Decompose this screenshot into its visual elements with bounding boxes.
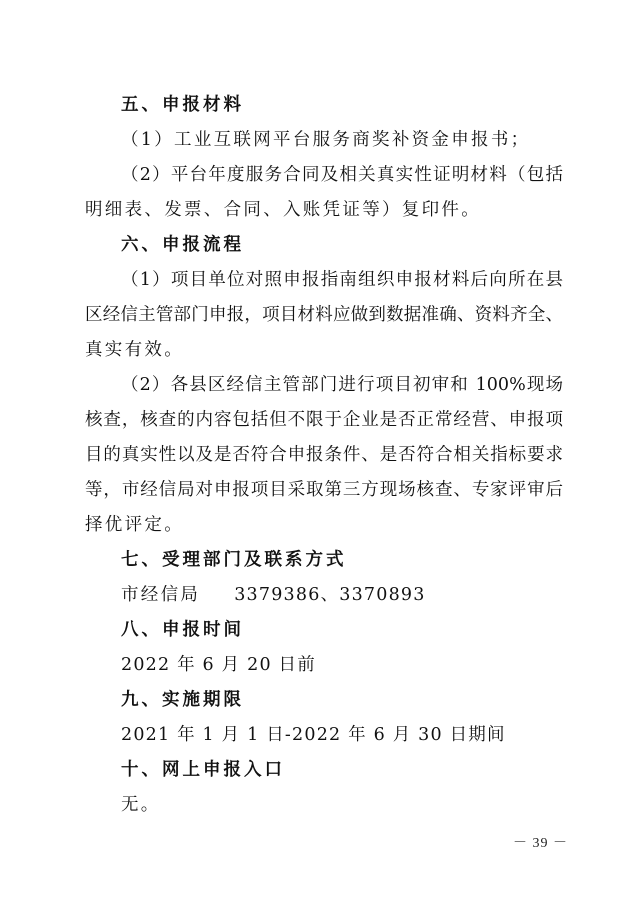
- application-deadline: 2022 年 6 月 20 日前: [85, 648, 563, 683]
- section-heading-implementation-period: 九、实施期限: [85, 683, 563, 718]
- section-heading-materials: 五、申报材料: [85, 88, 563, 123]
- section-heading-online-portal: 十、网上申报入口: [85, 753, 563, 788]
- process-item-1-line-3: 真实有效。: [85, 333, 563, 368]
- page-number: － 39 －: [513, 832, 568, 852]
- process-item-1-line-1: （1）项目单位对照申报指南组织申报材料后向所在县: [85, 263, 563, 298]
- materials-item-1: （1）工业互联网平台服务商奖补资金申报书；: [85, 123, 563, 158]
- contact-department: 市经信局: [121, 585, 200, 605]
- contact-line: 市经信局3379386、3370893: [85, 578, 563, 613]
- process-item-2-line-2: 核查，核查的内容包括但不限于企业是否正常经营、申报项: [85, 403, 563, 438]
- section-heading-application-time: 八、申报时间: [85, 613, 563, 648]
- section-heading-contact: 七、受理部门及联系方式: [85, 543, 563, 578]
- process-item-2-line-3: 目的真实性以及是否符合申报条件、是否符合相关指标要求: [85, 438, 563, 473]
- document-body: 五、申报材料 （1）工业互联网平台服务商奖补资金申报书； （2）平台年度服务合同…: [85, 88, 563, 823]
- process-item-2-line-1: （2）各县区经信主管部门进行项目初审和 100%现场: [85, 368, 563, 403]
- process-item-2-line-5: 择优评定。: [85, 508, 563, 543]
- process-item-1-line-2: 区经信主管部门申报，项目材料应做到数据准确、资料齐全、: [85, 298, 563, 333]
- online-portal-value: 无。: [85, 788, 563, 823]
- section-heading-process: 六、申报流程: [85, 228, 563, 263]
- contact-phones: 3379386、3370893: [234, 585, 425, 605]
- materials-item-2-line-1: （2）平台年度服务合同及相关真实性证明材料（包括: [85, 158, 563, 193]
- document-page: 五、申报材料 （1）工业互联网平台服务商奖补资金申报书； （2）平台年度服务合同…: [0, 0, 642, 907]
- implementation-period: 2021 年 1 月 1 日-2022 年 6 月 30 日期间: [85, 718, 563, 753]
- materials-item-2-line-2: 明细表、发票、合同、入账凭证等）复印件。: [85, 193, 563, 228]
- process-item-2-line-4: 等，市经信局对申报项目采取第三方现场核查、专家评审后: [85, 473, 563, 508]
